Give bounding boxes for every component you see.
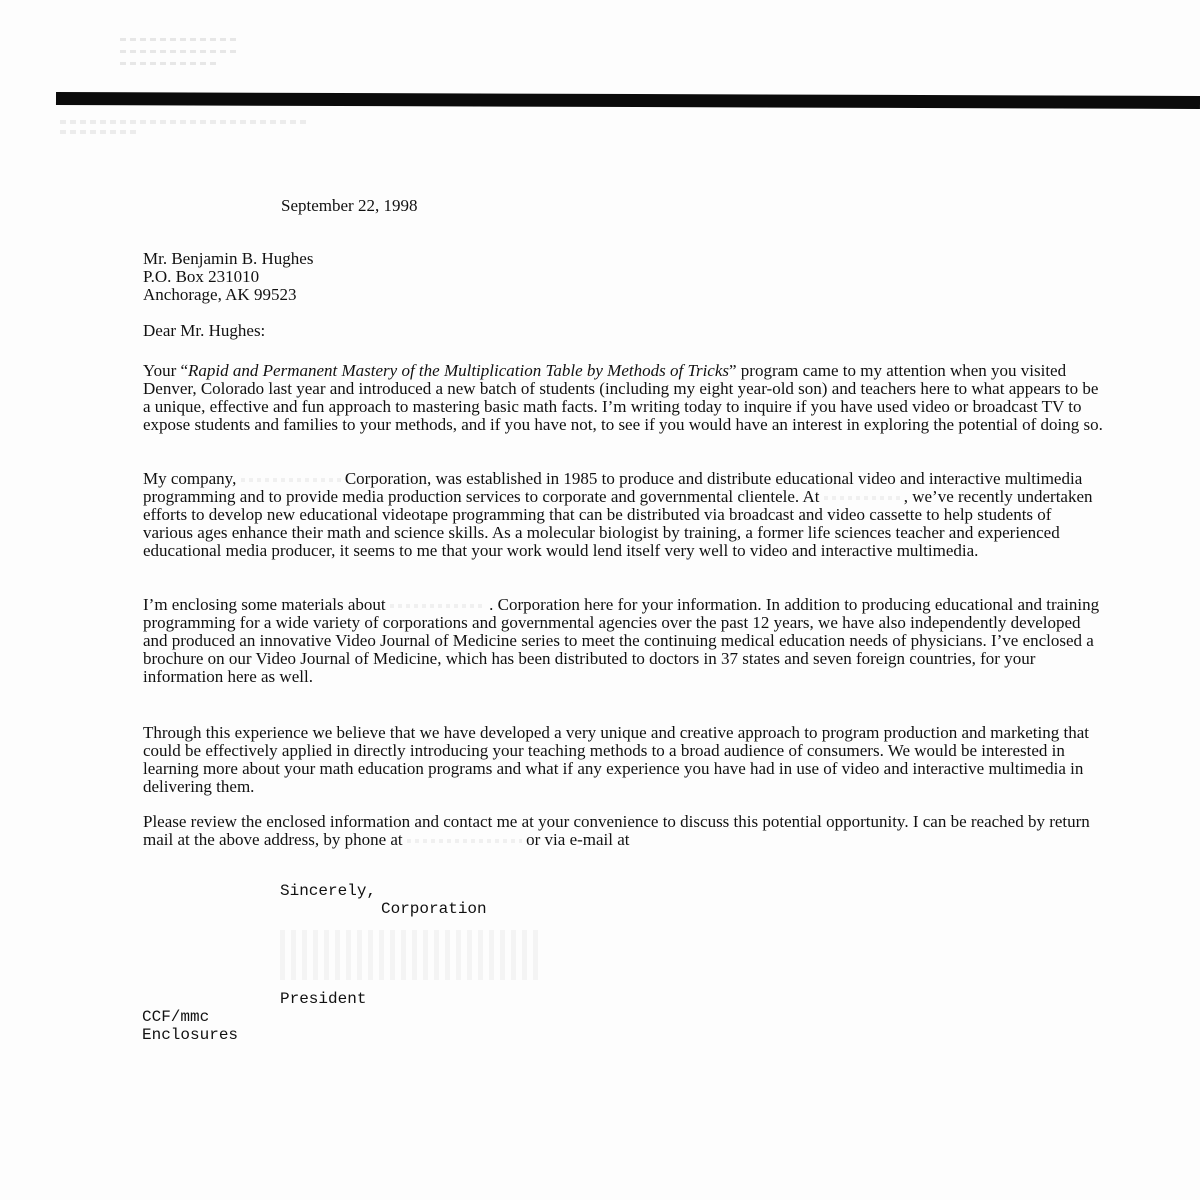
paragraph-1: Your “Rapid and Permanent Mastery of the… bbox=[143, 362, 1103, 434]
letter-page: September 22, 1998 Mr. Benjamin B. Hughe… bbox=[0, 0, 1200, 1200]
paragraph-3: I’m enclosing some materials about . Cor… bbox=[143, 596, 1103, 686]
typist-initials: CCF/mmc bbox=[142, 1008, 209, 1027]
letterhead-bar bbox=[56, 92, 1200, 109]
redacted-company-name bbox=[241, 478, 341, 482]
recipient-address: Mr. Benjamin B. Hughes P.O. Box 231010 A… bbox=[143, 250, 313, 304]
closing: Sincerely, bbox=[280, 882, 376, 901]
letterhead-smudge bbox=[60, 120, 310, 124]
company-line: Corporation bbox=[381, 900, 487, 919]
p1-prefix: Your “ bbox=[143, 361, 188, 380]
letterhead-smudge bbox=[120, 62, 220, 65]
p3-part-a: I’m enclosing some materials about bbox=[143, 595, 386, 614]
letterhead-smudge bbox=[60, 130, 140, 134]
redacted-phone bbox=[407, 839, 522, 843]
p2-part-a: My company, bbox=[143, 469, 236, 488]
redacted-company-name bbox=[824, 496, 904, 500]
signer-title: President bbox=[280, 990, 366, 1009]
program-title: Rapid and Permanent Mastery of the Multi… bbox=[188, 361, 729, 380]
paragraph-2: My company, Corporation, was established… bbox=[143, 470, 1103, 560]
redacted-signature bbox=[280, 930, 540, 980]
redacted-company-name bbox=[390, 604, 485, 608]
recipient-address-line1: P.O. Box 231010 bbox=[143, 268, 313, 286]
letterhead-smudge bbox=[120, 38, 240, 41]
p5-part-b: or via e-mail at bbox=[526, 830, 629, 849]
enclosures-note: Enclosures bbox=[142, 1026, 238, 1045]
recipient-address-line2: Anchorage, AK 99523 bbox=[143, 286, 313, 304]
letter-date: September 22, 1998 bbox=[281, 197, 417, 215]
paragraph-4: Through this experience we believe that … bbox=[143, 724, 1103, 796]
letterhead-smudge bbox=[120, 50, 240, 53]
salutation: Dear Mr. Hughes: bbox=[143, 322, 265, 340]
paragraph-5: Please review the enclosed information a… bbox=[143, 813, 1103, 849]
recipient-name: Mr. Benjamin B. Hughes bbox=[143, 250, 313, 268]
